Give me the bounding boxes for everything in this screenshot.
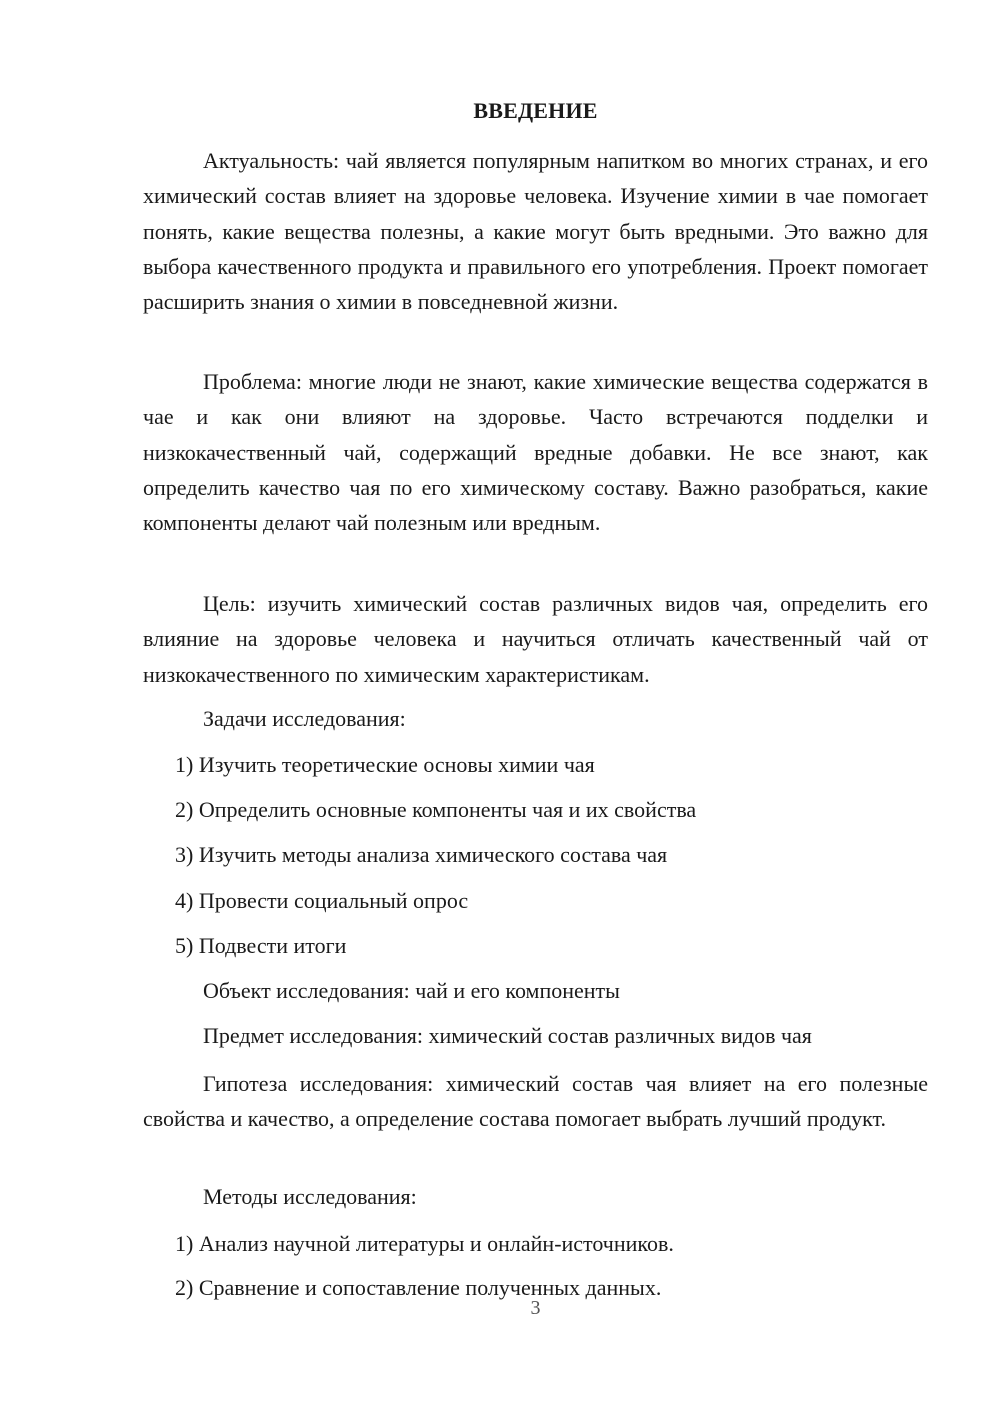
relevance-paragraph: Актуальность: чай является популярным на… xyxy=(143,143,928,319)
task-item: 4) Провести социальный опрос xyxy=(175,886,468,916)
methods-heading: Методы исследования: xyxy=(203,1182,417,1212)
hypothesis-paragraph: Гипотеза исследования: химический состав… xyxy=(143,1066,928,1137)
research-subject: Предмет исследования: химический состав … xyxy=(203,1021,812,1051)
research-object: Объект исследования: чай и его компонент… xyxy=(203,976,620,1006)
task-item: 3) Изучить методы анализа химического со… xyxy=(175,840,667,870)
goal-paragraph: Цель: изучить химический состав различны… xyxy=(143,586,928,692)
task-item: 5) Подвести итоги xyxy=(175,931,346,961)
problem-paragraph: Проблема: многие люди не знают, какие хи… xyxy=(143,364,928,540)
method-item: 1) Анализ научной литературы и онлайн-ис… xyxy=(175,1229,674,1259)
section-title: ВВЕДЕНИЕ xyxy=(143,97,928,125)
task-item: 1) Изучить теоретические основы химии ча… xyxy=(175,750,595,780)
page-number: 3 xyxy=(143,1297,928,1320)
tasks-heading: Задачи исследования: xyxy=(203,704,406,734)
task-item: 2) Определить основные компоненты чая и … xyxy=(175,795,696,825)
